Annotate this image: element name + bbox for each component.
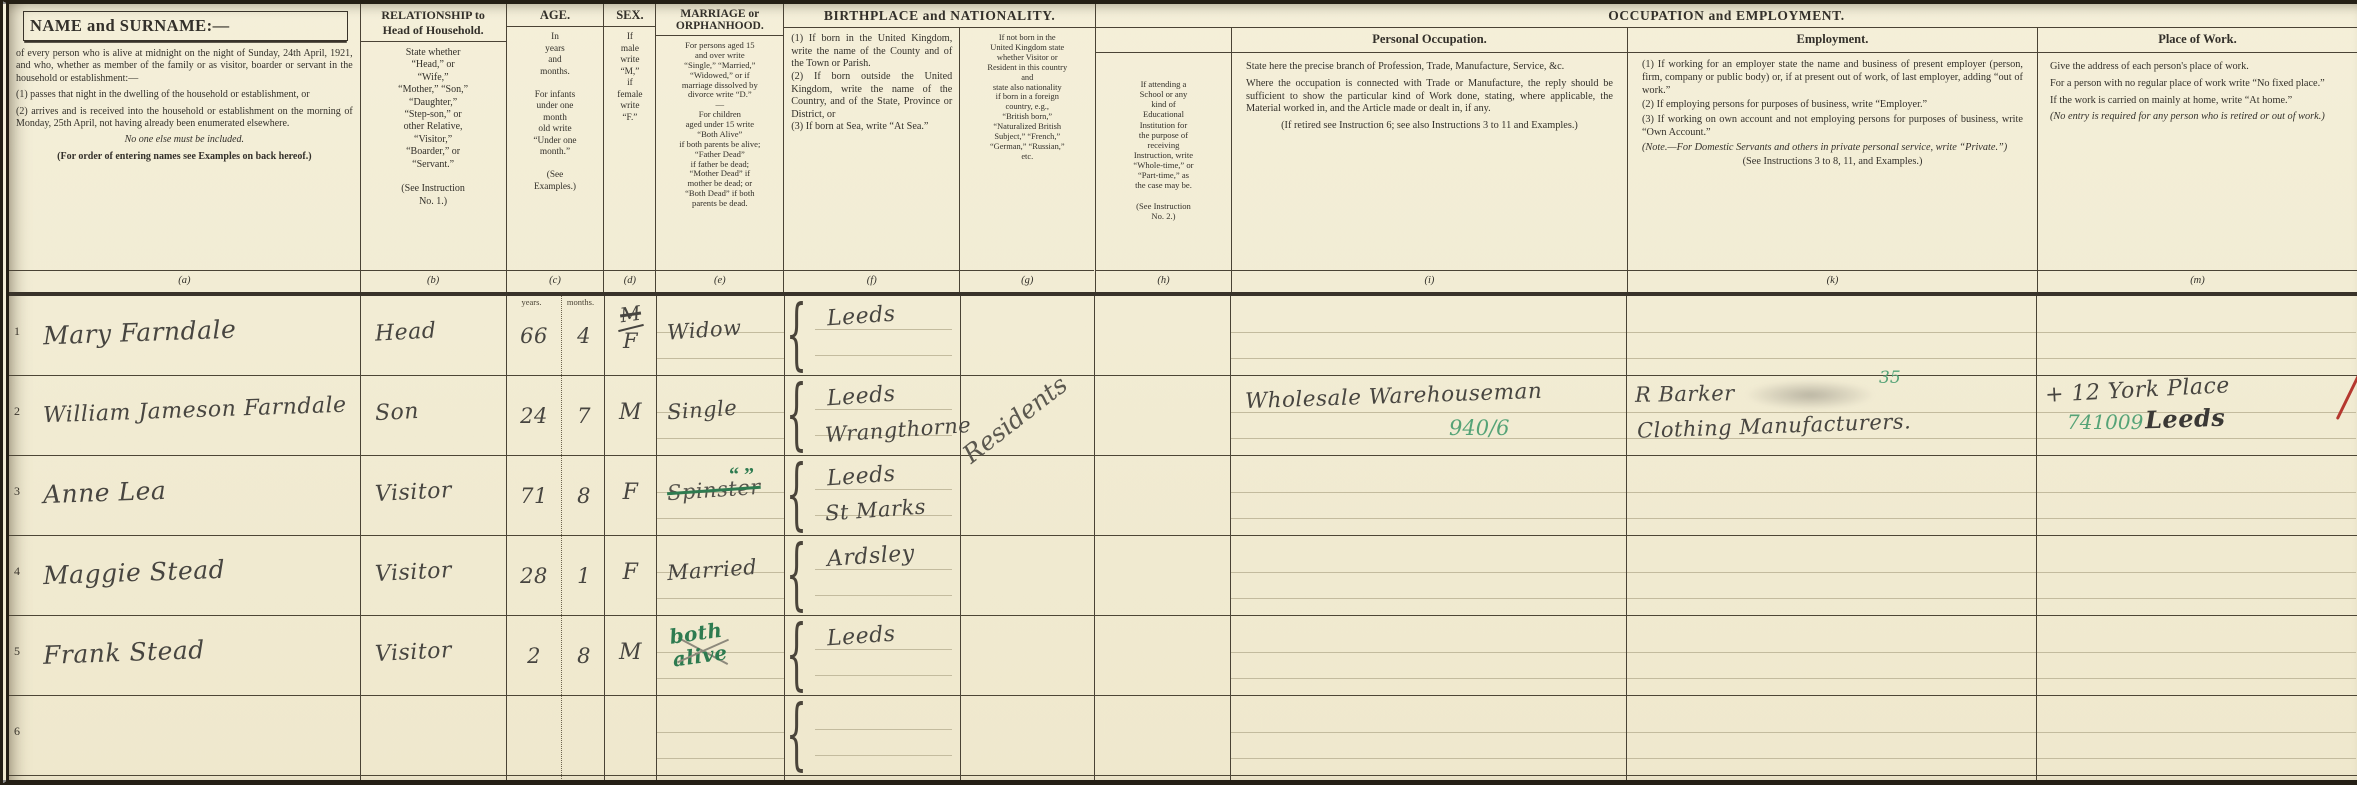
instruction-paragraph: For a person with no regular place of wo… — [2050, 78, 2345, 91]
column-employment: Employment. (1) If working for an employ… — [1628, 28, 2038, 292]
sex-entry: F — [605, 480, 656, 505]
name-column-instructions: of every person who is alive at midnight… — [9, 43, 360, 270]
nationality-instructions: If not born in the United Kingdom state … — [960, 28, 1094, 270]
relationship-column-instructions: State whether “Head,” or “Wife,” “Mother… — [361, 42, 506, 270]
column-education: If attending a School or any kind of Edu… — [1096, 28, 1232, 292]
age-months-entry: 1 — [577, 564, 591, 588]
column-birthplace: (1) If born in the United Kingdom, write… — [784, 28, 960, 292]
column-letter-h: (h) — [1096, 270, 1231, 292]
instruction-paragraph: (2) arrives and is received into the hou… — [16, 106, 353, 131]
column-group-occupation: OCCUPATION and EMPLOYMENT. If attending … — [1096, 4, 2357, 292]
birthplace-entry: Leeds — [826, 302, 896, 332]
instruction-paragraph: (No entry is required for any person who… — [2050, 111, 2345, 124]
relationship-entry: Visitor — [374, 638, 452, 667]
table-row-partial — [9, 776, 2357, 785]
printed-brace: { — [786, 290, 807, 381]
printed-brace: { — [786, 370, 807, 461]
education-instructions: If attending a School or any kind of Edu… — [1096, 53, 1231, 270]
name-entry: Mary Farndale — [43, 315, 237, 351]
column-letter-f: (f) — [784, 270, 959, 292]
column-letter-b: (b) — [361, 270, 506, 292]
form-header: NAME and SURNAME:— of every person who i… — [9, 4, 2357, 296]
row-number: 3 — [14, 484, 20, 499]
instruction-paragraph: (1) If working for an employer state the… — [1642, 59, 2023, 97]
instruction-paragraph: of every person who is alive at midnight… — [16, 48, 353, 85]
sex-entry: M — [605, 640, 656, 665]
column-letter-e: (e) — [656, 270, 783, 292]
table-row: 4 Maggie Stead Visitor 28 1 F Married { … — [9, 536, 2357, 616]
instruction-paragraph: Where the occupation is connected with T… — [1246, 78, 1613, 116]
age-months-entry: 4 — [577, 324, 591, 348]
personal-occupation-instructions: State here the precise branch of Profess… — [1232, 53, 1627, 270]
instruction-paragraph: (2) If employing persons for purposes of… — [1642, 99, 2023, 112]
marriage-entry: Widow — [666, 315, 742, 344]
relationship-entry: Son — [374, 399, 419, 426]
age-column-instructions: In years and months. For infants under o… — [507, 27, 604, 270]
printed-brace: { — [786, 530, 807, 621]
green-quote-annotation: “ ” — [729, 464, 754, 487]
employer-business-entry: Clothing Manufacturers. — [1637, 409, 1912, 443]
column-letter-m: (m) — [2038, 270, 2357, 292]
birthplace-entry-2: St Marks — [824, 495, 927, 526]
column-group-birthplace-nationality: BIRTHPLACE and NATIONALITY. (1) If born … — [784, 4, 1096, 292]
row-number: 1 — [14, 324, 20, 339]
birthplace-entry: Ardsley — [826, 541, 915, 572]
erased-smudge — [1745, 380, 1875, 410]
sex-entry: M — [605, 400, 656, 425]
marriage-entry: Married — [666, 555, 758, 585]
name-entry: Maggie Stead — [43, 555, 226, 590]
column-letter-i: (i) — [1232, 270, 1627, 292]
row-number: 4 — [14, 564, 20, 579]
birthplace-nationality-title: BIRTHPLACE and NATIONALITY. — [784, 4, 1095, 28]
relationship-entry: Head — [374, 318, 437, 346]
column-place-of-work: Place of Work. Give the address of each … — [2038, 28, 2357, 292]
occupation-entry: Wholesale Warehouseman — [1245, 379, 1543, 414]
sex-column-title: SEX. — [604, 4, 655, 27]
birthplace-entry: Leeds — [826, 382, 896, 412]
schedule-rows: 1 Mary Farndale Head years.months. 66 4 … — [9, 296, 2357, 785]
place-of-work-instructions: Give the address of each person's place … — [2038, 53, 2357, 270]
sex-value: F — [623, 329, 638, 353]
column-personal-occupation: Personal Occupation. State here the prec… — [1232, 28, 1628, 292]
column-letter-a: (a) — [9, 270, 360, 292]
relationship-entry: Visitor — [374, 478, 452, 507]
column-sex: SEX. If male write “M,” if female write … — [604, 4, 656, 292]
age-months-entry: 7 — [577, 404, 591, 428]
printed-brace: { — [786, 610, 807, 701]
birthplace-entry-2: Wrangthorne — [824, 413, 972, 447]
marriage-entry: Single — [666, 396, 738, 425]
column-letter-c: (c) — [507, 270, 604, 292]
age-months-entry: 8 — [577, 484, 591, 508]
sex-struck-value: M — [619, 303, 643, 326]
birthplace-entry: Leeds — [826, 462, 896, 492]
name-entry: Anne Lea — [43, 476, 167, 509]
instruction-paragraph: If the work is carried on mainly at home… — [2050, 95, 2345, 108]
instruction-paragraph: State here the precise branch of Profess… — [1246, 61, 1613, 74]
column-nationality: If not born in the United Kingdom state … — [960, 28, 1094, 292]
column-letter-d: (d) — [604, 270, 655, 292]
education-subtitle-blank — [1096, 28, 1231, 53]
sex-column-instructions: If male write “M,” if female write “F.” — [604, 27, 655, 270]
census-form-sheet: NAME and SURNAME:— of every person who i… — [0, 0, 2357, 785]
age-years-entry: 66 — [520, 324, 548, 348]
age-years-entry: 28 — [520, 564, 548, 588]
printed-brace: { — [786, 450, 807, 541]
instruction-paragraph: (See Instructions 3 to 8, 11, and Exampl… — [1642, 156, 2023, 169]
row-number: 6 — [14, 724, 20, 739]
employer-name-entry: R Barker — [1635, 381, 1735, 407]
relationship-column-title: RELATIONSHIP to Head of Household. — [361, 4, 506, 42]
column-marriage: MARRIAGE or ORPHANHOOD. For persons aged… — [656, 4, 784, 292]
column-letter-g: (g) — [960, 270, 1094, 292]
table-row: 6 { — [9, 696, 2357, 776]
instruction-paragraph: Give the address of each person's place … — [2050, 61, 2345, 74]
place-code-annotation: 741009 — [2067, 410, 2143, 434]
age-years-entry: 24 — [520, 404, 548, 428]
instruction-paragraph: (1) passes that night in the dwelling of… — [16, 89, 353, 101]
column-age: AGE. In years and months. For infants un… — [507, 4, 605, 292]
employment-title: Employment. — [1628, 28, 2037, 53]
occupation-code-annotation: 940/6 — [1449, 416, 1510, 440]
instruction-paragraph: (Note.—For Domestic Servants and others … — [1642, 142, 2023, 155]
column-name: NAME and SURNAME:— of every person who i… — [9, 4, 361, 292]
birthplace-entry: Leeds — [826, 622, 896, 652]
occupation-employment-title: OCCUPATION and EMPLOYMENT. — [1096, 4, 2357, 28]
personal-occupation-title: Personal Occupation. — [1232, 28, 1627, 53]
name-column-title: NAME and SURNAME:— — [23, 11, 348, 41]
instruction-paragraph: (For order of entering names see Example… — [16, 151, 353, 163]
place-of-work-title: Place of Work. — [2038, 28, 2357, 53]
birthplace-instructions: (1) If born in the United Kingdom, write… — [784, 28, 959, 270]
instruction-paragraph: No one else must be included. — [16, 134, 353, 146]
table-row: 3 Anne Lea Visitor 71 8 F Spinster “ ” {… — [9, 456, 2357, 536]
printed-brace: { — [786, 690, 807, 781]
age-column-title: AGE. — [507, 4, 604, 27]
employment-instructions: (1) If working for an employer state the… — [1628, 53, 2037, 270]
name-entry: William Jameson Farndale — [43, 393, 347, 429]
name-entry: Frank Stead — [43, 635, 206, 670]
instruction-paragraph: (3) If working on own account and not em… — [1642, 114, 2023, 140]
relationship-entry: Visitor — [374, 558, 452, 587]
table-row: 1 Mary Farndale Head years.months. 66 4 … — [9, 296, 2357, 376]
place-of-work-entry-2: Leeds — [2145, 403, 2226, 435]
sex-entry-corrected: M F — [605, 304, 656, 352]
marriage-column-instructions: For persons aged 15 and over write “Sing… — [656, 36, 783, 270]
instruction-paragraph: (If retired see Instruction 6; see also … — [1246, 120, 1613, 133]
age-units-label: years.months. — [507, 297, 605, 307]
marriage-entry-green: both alive — [668, 618, 729, 671]
sex-entry: F — [605, 560, 656, 585]
employment-code-annotation: 35 — [1879, 368, 1901, 388]
column-letter-k: (k) — [1628, 270, 2037, 292]
marriage-column-title: MARRIAGE or ORPHANHOOD. — [656, 4, 783, 36]
row-number: 2 — [14, 404, 20, 419]
age-months-entry: 8 — [577, 644, 591, 668]
age-years-entry: 2 — [527, 644, 541, 668]
age-years-entry: 71 — [520, 484, 548, 508]
column-relationship: RELATIONSHIP to Head of Household. State… — [361, 4, 507, 292]
table-row: 5 Frank Stead Visitor 2 8 M both alive {… — [9, 616, 2357, 696]
row-number: 5 — [14, 644, 20, 659]
table-row: 2 William Jameson Farndale Son 24 7 M Si… — [9, 376, 2357, 456]
